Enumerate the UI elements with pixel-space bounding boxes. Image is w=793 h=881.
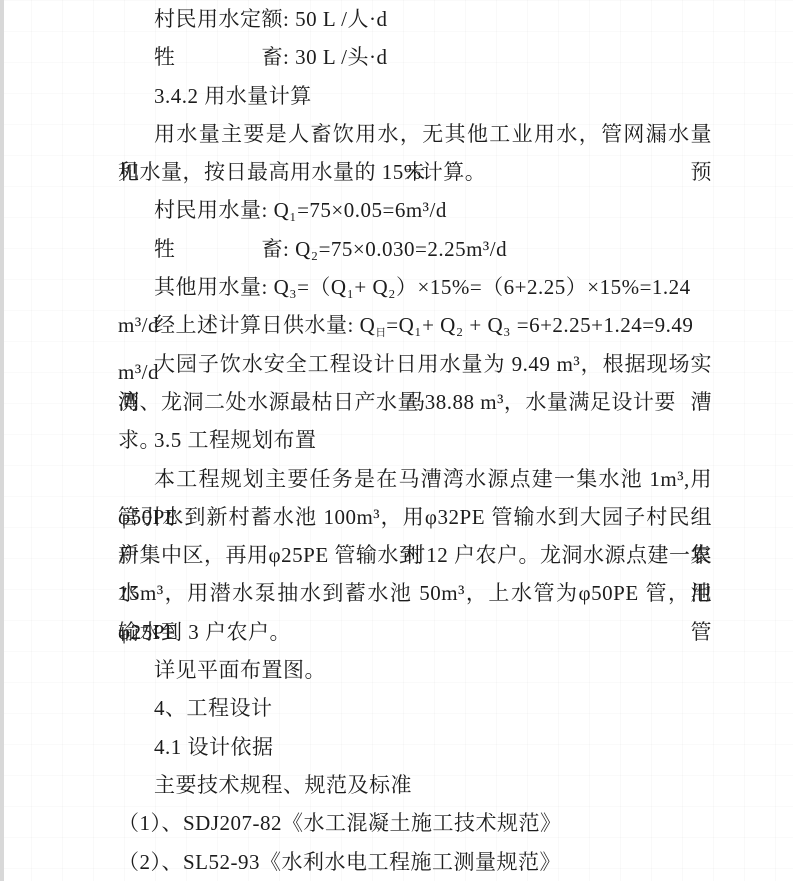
heading-4-1: 4.1 设计依据	[118, 728, 712, 766]
text-line-standard-1: （1）、SDJ207-82《水工混凝土施工技术规范》	[118, 804, 712, 842]
text-line-layout-2: 管引水到新村蓄水池 100m³，用φ32PE 管输水到大园子村民组新村农	[118, 498, 712, 536]
heading-4: 4、工程设计	[118, 689, 712, 727]
text-line-conclusion-1: 大园子饮水安全工程设计日用水量为 9.49 m³，根据现场实测马漕	[118, 345, 712, 383]
text-line-see-plan: 详见平面布置图。	[118, 651, 712, 689]
formula-q-total: 经上述计算日供水量: Q日=Q₁+ Q₂ + Q₃ =6+2.25+1.24=9…	[118, 306, 712, 344]
text-line-villager-quota: 村民用水定额: 50 L /人·d	[118, 0, 712, 38]
text-line-layout-3: 户集中区，再用φ25PE 管输水到 12 户农户。龙洞水源点建一集水池	[118, 536, 712, 574]
formula-q-total-subscript: 日	[375, 327, 386, 339]
text-line-layout-1: 本工程规划主要任务是在马漕湾水源点建一集水池 1m³,用φ50PE	[118, 460, 712, 498]
formula-q3: 其他用水量: Q₃=（Q₁+ Q₂）×15%=（6+2.25）×15%=1.24…	[118, 268, 712, 306]
formula-q-total-pre: 经上述计算日供水量: Q	[154, 313, 375, 337]
scan-left-edge	[0, 0, 4, 881]
text-line-para-usage-1: 用水量主要是人畜饮用水，无其他工业用水，管网漏水量和未预	[118, 115, 712, 153]
text-line-standard-2: （2）、SL52-93《水利水电工程施工测量规范》	[118, 843, 712, 881]
formula-q1: 村民用水量: Q₁=75×0.05=6m³/d	[118, 191, 712, 229]
text-line-layout-4: 15m³，用潜水泵抽水到蓄水池 50m³，上水管为φ50PE 管，用φ25PE …	[118, 574, 712, 612]
document-page: 村民用水定额: 50 L /人·d 牲 畜: 30 L /头·d 3.4.2 用…	[0, 0, 793, 881]
text-line-standards-intro: 主要技术规程、规范及标准	[118, 766, 712, 804]
heading-3-5: 3.5 工程规划布置	[118, 421, 712, 459]
heading-3-4-2: 3.4.2 用水量计算	[118, 77, 712, 115]
text-line-livestock-quota: 牲 畜: 30 L /头·d	[118, 38, 712, 76]
document-body: 村民用水定额: 50 L /人·d 牲 畜: 30 L /头·d 3.4.2 用…	[118, 0, 712, 881]
formula-q2: 牲 畜: Q₂=75×0.030=2.25m³/d	[118, 230, 712, 268]
text-line-conclusion-2: 湾、龙洞二处水源最枯日产水量 38.88 m³，水量满足设计要求。	[118, 383, 712, 421]
